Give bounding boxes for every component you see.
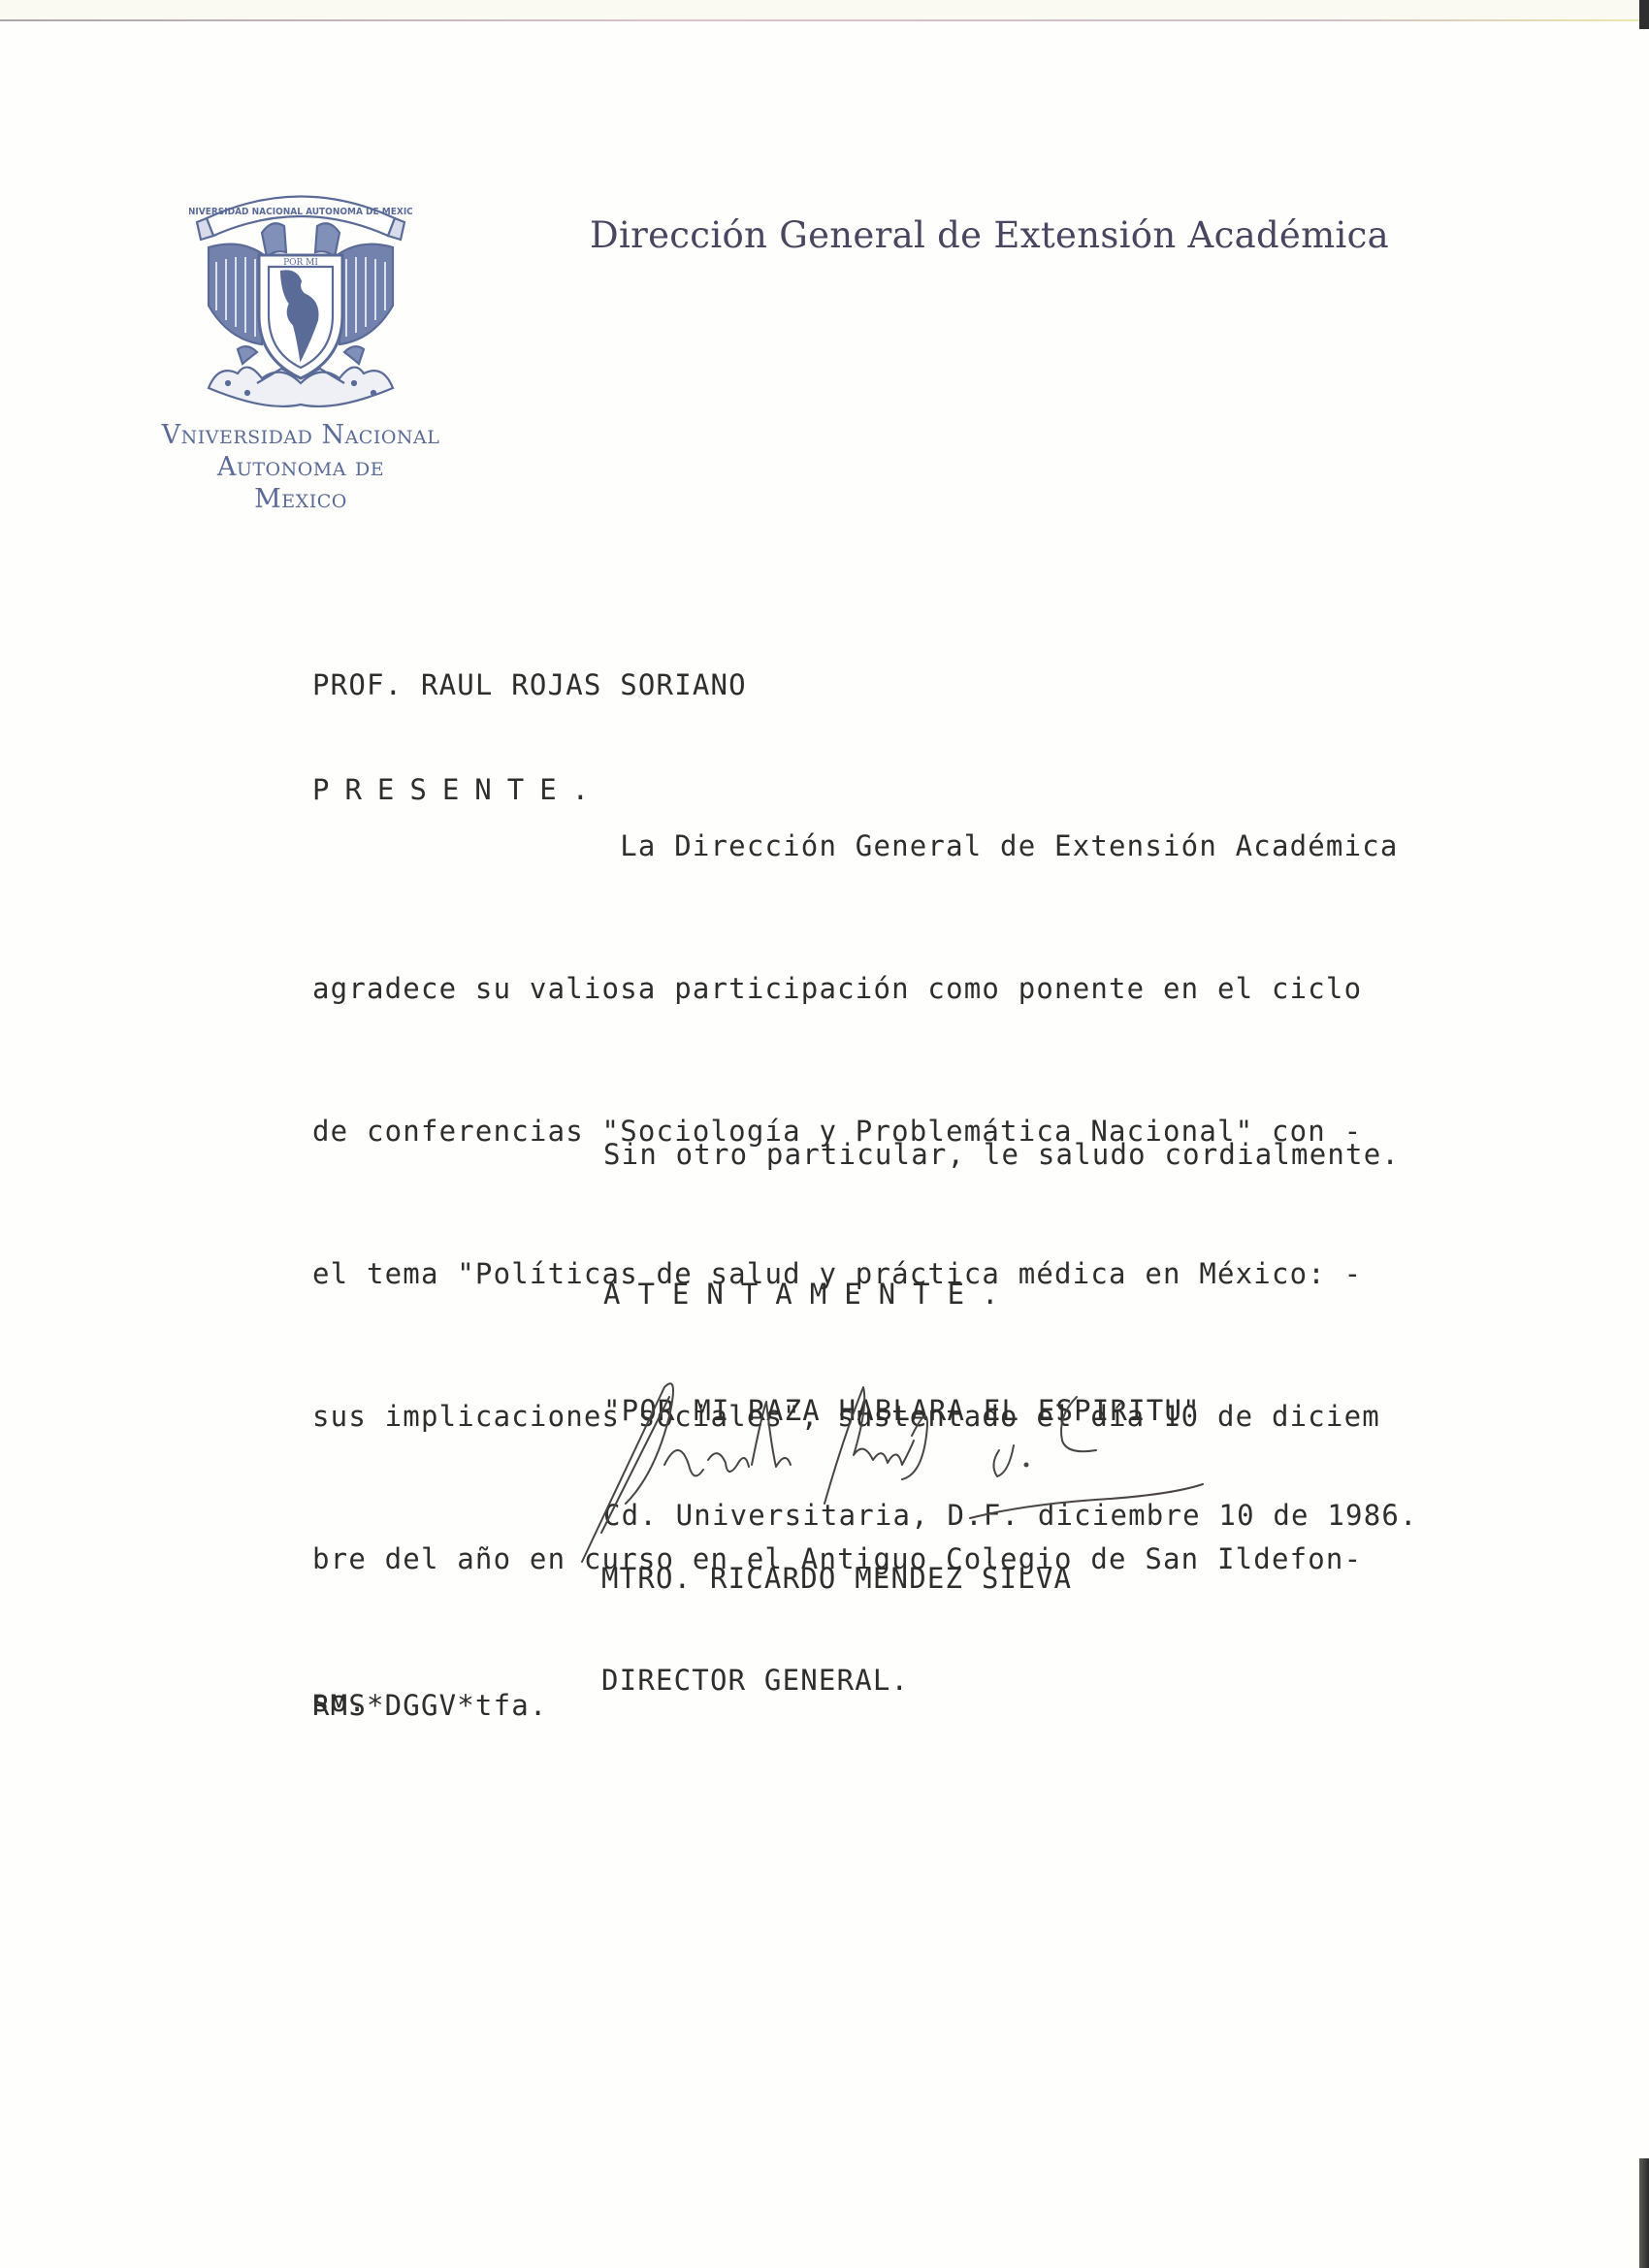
valediction: ATENTAMENTE. (603, 1277, 1017, 1312)
institution-line-1: Vniversidad Nacional (136, 419, 466, 451)
recipient-name: PROF. RAUL ROJAS SORIANO (312, 667, 747, 702)
unam-seal-icon: UNIVERSIDAD NACIONAL AUTONOMA DE MEXICO … (189, 179, 412, 412)
signer-name: MTRO. RICARDO MENDEZ SILVA (601, 1562, 1072, 1596)
department-heading: Dirección General de Extensión Académica (590, 214, 1389, 256)
scan-edge-shadow-top (1639, 0, 1649, 29)
scan-edge-line (0, 19, 1649, 21)
svg-text:POR MI: POR MI (283, 258, 318, 268)
institution-name: Vniversidad Nacional Autonoma de Mexico (136, 419, 466, 515)
svg-text:UNIVERSIDAD NACIONAL AUTONOMA: UNIVERSIDAD NACIONAL AUTONOMA DE MEXICO (189, 207, 412, 217)
scan-edge-shadow-bottom (1639, 2158, 1649, 2268)
scan-top-margin (0, 0, 1649, 19)
signer-title: DIRECTOR GENERAL. (601, 1664, 1072, 1698)
body-line: agradece su valiosa participación como p… (312, 965, 1399, 1013)
institution-line-2: Autonoma de (136, 451, 466, 483)
reference-initials: RMS*DGGV*tfa. (312, 1682, 548, 1730)
institution-line-3: Mexico (136, 483, 466, 515)
body-line: La Dirección General de Extensión Académ… (312, 823, 1399, 870)
signer-block: MTRO. RICARDO MENDEZ SILVA DIRECTOR GENE… (601, 1494, 1072, 1732)
closing-line: Sin otro particular, le saludo cordialme… (603, 1131, 1400, 1179)
